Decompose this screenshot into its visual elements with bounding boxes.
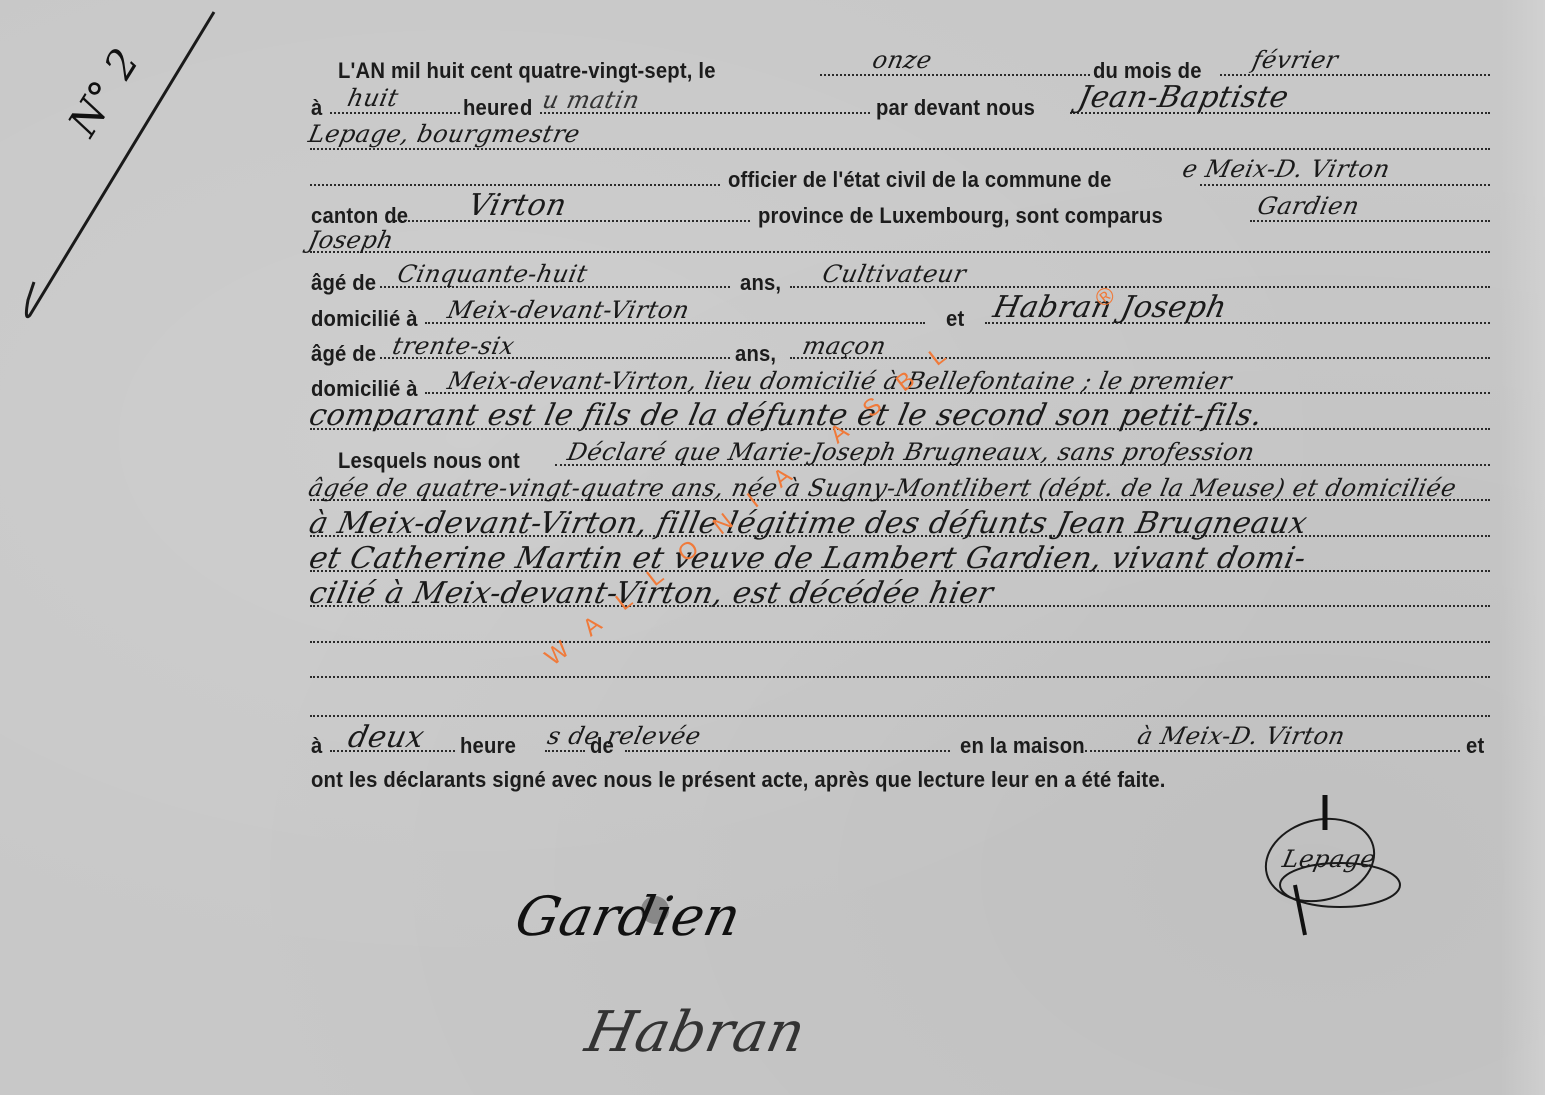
scanned-register-page: N° 2 L'AN mil huit cent quatre-vingt-sep…: [0, 0, 1545, 1095]
signature-lepage: Lepage: [1280, 845, 1378, 873]
signature-flourishes: [0, 0, 1545, 1095]
